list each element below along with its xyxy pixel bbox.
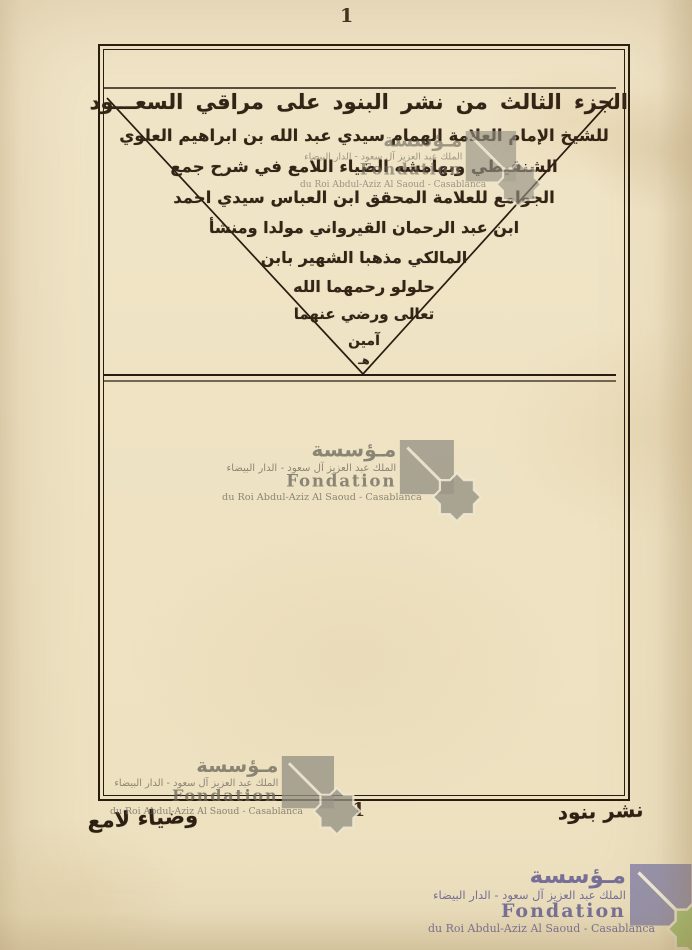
- title-end-mark: هـ: [100, 355, 628, 366]
- title-line-1: الجزء الثالث من نشر البنود على مراقي الس…: [100, 92, 628, 113]
- title-line-3: الشنقيطي وبهامشه الضياء اللامع في شرح جم…: [100, 159, 628, 176]
- foundation-logo-icon: [630, 864, 692, 950]
- page-number-top: 1: [340, 5, 353, 27]
- catchword-right: نشر بنود: [553, 797, 649, 824]
- catchword-left: وضياء لامع: [97, 803, 198, 832]
- foundation-watermark-bottom-right: مـؤسسة الملك عبد العزيز آل سعود - الدار …: [428, 864, 692, 950]
- scanned-page: 1 الجزء الثالث من نشر البنود على مراقي ا…: [0, 0, 692, 950]
- star-icon: [668, 902, 692, 950]
- title-line-7: حلولو رحمهما الله: [100, 279, 628, 295]
- title-line-8: تعالى ورضي عنهما: [100, 307, 628, 322]
- page-number-bottom: 1: [352, 799, 365, 821]
- page-frame: الجزء الثالث من نشر البنود على مراقي الس…: [98, 44, 630, 801]
- title-line-4: الجوامع للعلامة المحقق ابن العباس سيدي ا…: [100, 190, 628, 207]
- foundation-watermark-text: مـؤسسة الملك عبد العزيز آل سعود - الدار …: [428, 864, 626, 935]
- title-line-6: المالكي مذهبا الشهير بابن: [100, 250, 628, 266]
- title-line-9: آمين: [100, 334, 628, 348]
- title-line-5: ابن عبد الرحمان القيرواني مولدا ومنشأ: [100, 220, 628, 236]
- title-line-2: للشيخ الإمام العلامة الهمام سيدي عبد الل…: [100, 128, 628, 145]
